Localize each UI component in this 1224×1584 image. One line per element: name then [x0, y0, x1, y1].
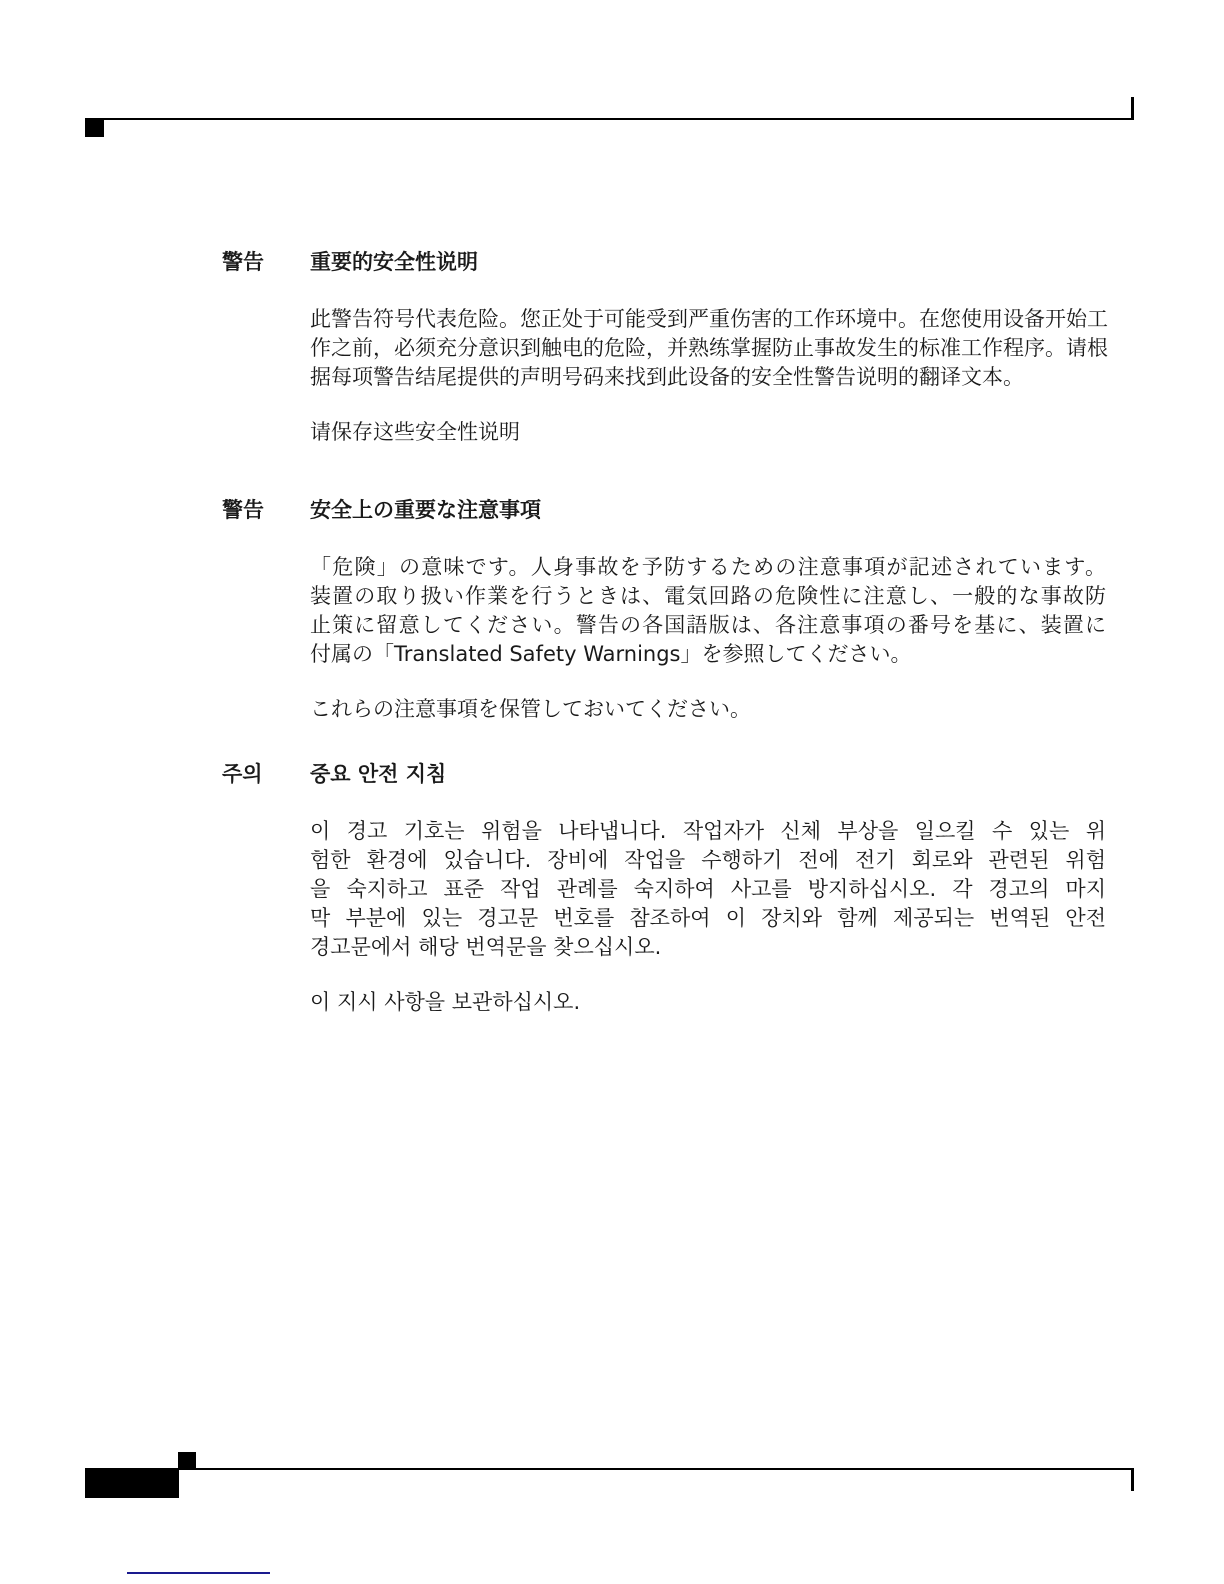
body-line: 이 경고 기호는 위험을 나타냅니다. 작업자가 신체 부상을 일으킬 수 있는… — [310, 817, 1106, 846]
caution-body-korean: 이 경고 기호는 위험을 나타냅니다. 작업자가 신체 부상을 일으킬 수 있는… — [310, 817, 1106, 962]
bottom-horizontal-rule — [85, 1468, 1134, 1470]
body-line: 「危険」の意味です。人身事故を予防するための注意事項が記述されています。 — [310, 553, 1106, 582]
body-line: 止策に留意してください。警告の各国語版は、各注意事項の番号を基に、装置に — [310, 611, 1106, 640]
body-line: 据每项警告结尾提供的声明号码来找到此设备的安全性警告说明的翻译文本。 — [310, 363, 1106, 392]
warning-title-chinese: 重要的安全性说明 — [310, 248, 1106, 277]
top-horizontal-rule — [85, 118, 1134, 120]
body-line: 막 부분에 있는 경고문 번호를 참조하여 이 장치와 함께 제공되는 번역된 … — [310, 904, 1106, 933]
body-line: 험한 환경에 있습니다. 장비에 작업을 수행하기 전에 전기 회로와 관련된 … — [310, 846, 1106, 875]
body-line: 作之前，必须充分意识到触电的危险，并熟练掌握防止事故发生的标准工作程序。请根 — [310, 334, 1106, 363]
warning-body-chinese: 此警告符号代表危险。您正处于可能受到严重伤害的工作环境中。在您使用设备开始工 作… — [310, 305, 1106, 392]
warning-section-japanese: 警告 安全上の重要な注意事項 「危険」の意味です。人身事故を予防するための注意事… — [222, 496, 1106, 724]
bottom-right-crop-mark — [1131, 1470, 1134, 1491]
warning-footer-japanese: これらの注意事項を保管しておいてください。 — [310, 695, 1106, 724]
warning-label-japanese: 警告 — [222, 496, 264, 525]
document-page: 警告 重要的安全性说明 此警告符号代表危险。您正处于可能受到严重伤害的工作环境中… — [0, 0, 1224, 1584]
warning-content-japanese: 安全上の重要な注意事項 「危険」の意味です。人身事故を予防するための注意事項が記… — [310, 496, 1106, 724]
caution-footer-korean: 이 지시 사항을 보관하십시오. — [310, 988, 1106, 1017]
body-line: 경고문에서 해당 번역문을 찾으십시오. — [310, 933, 1106, 962]
warning-content-chinese: 重要的安全性说明 此警告符号代表危险。您正处于可能受到严重伤害的工作环境中。在您… — [310, 248, 1106, 447]
caution-content-korean: 중요 안전 지침 이 경고 기호는 위험을 나타냅니다. 작업자가 신체 부상을… — [310, 760, 1106, 1017]
warning-footer-chinese: 请保存这些安全性说明 — [310, 418, 1106, 447]
body-line: 을 숙지하고 표준 작업 관례를 숙지하여 사고를 방지하십시오. 각 경고의 … — [310, 875, 1106, 904]
body-line: 付属の「Translated Safety Warnings」を参照してください… — [310, 640, 1106, 669]
top-left-square-mark — [85, 120, 104, 137]
warning-section-chinese: 警告 重要的安全性说明 此警告符号代表危险。您正处于可能受到严重伤害的工作环境中… — [222, 248, 1106, 447]
top-right-crop-mark — [1131, 97, 1134, 120]
caution-title-korean: 중요 안전 지침 — [310, 760, 1106, 789]
warning-title-japanese: 安全上の重要な注意事項 — [310, 496, 1106, 525]
caution-label-korean: 주의 — [222, 760, 263, 789]
caution-section-korean: 주의 중요 안전 지침 이 경고 기호는 위험을 나타냅니다. 작업자가 신체 … — [222, 760, 1106, 1017]
bottom-tab-rectangle-mark — [85, 1470, 179, 1498]
body-line: 装置の取り扱い作業を行うときは、電気回路の危険性に注意し、一般的な事故防 — [310, 582, 1106, 611]
footer-navy-rule — [127, 1572, 270, 1574]
warning-body-japanese: 「危険」の意味です。人身事故を予防するための注意事項が記述されています。 装置の… — [310, 553, 1106, 669]
bottom-small-square-mark — [178, 1452, 196, 1468]
body-line: 此警告符号代表危险。您正处于可能受到严重伤害的工作环境中。在您使用设备开始工 — [310, 305, 1106, 334]
warning-label-chinese: 警告 — [222, 248, 264, 277]
